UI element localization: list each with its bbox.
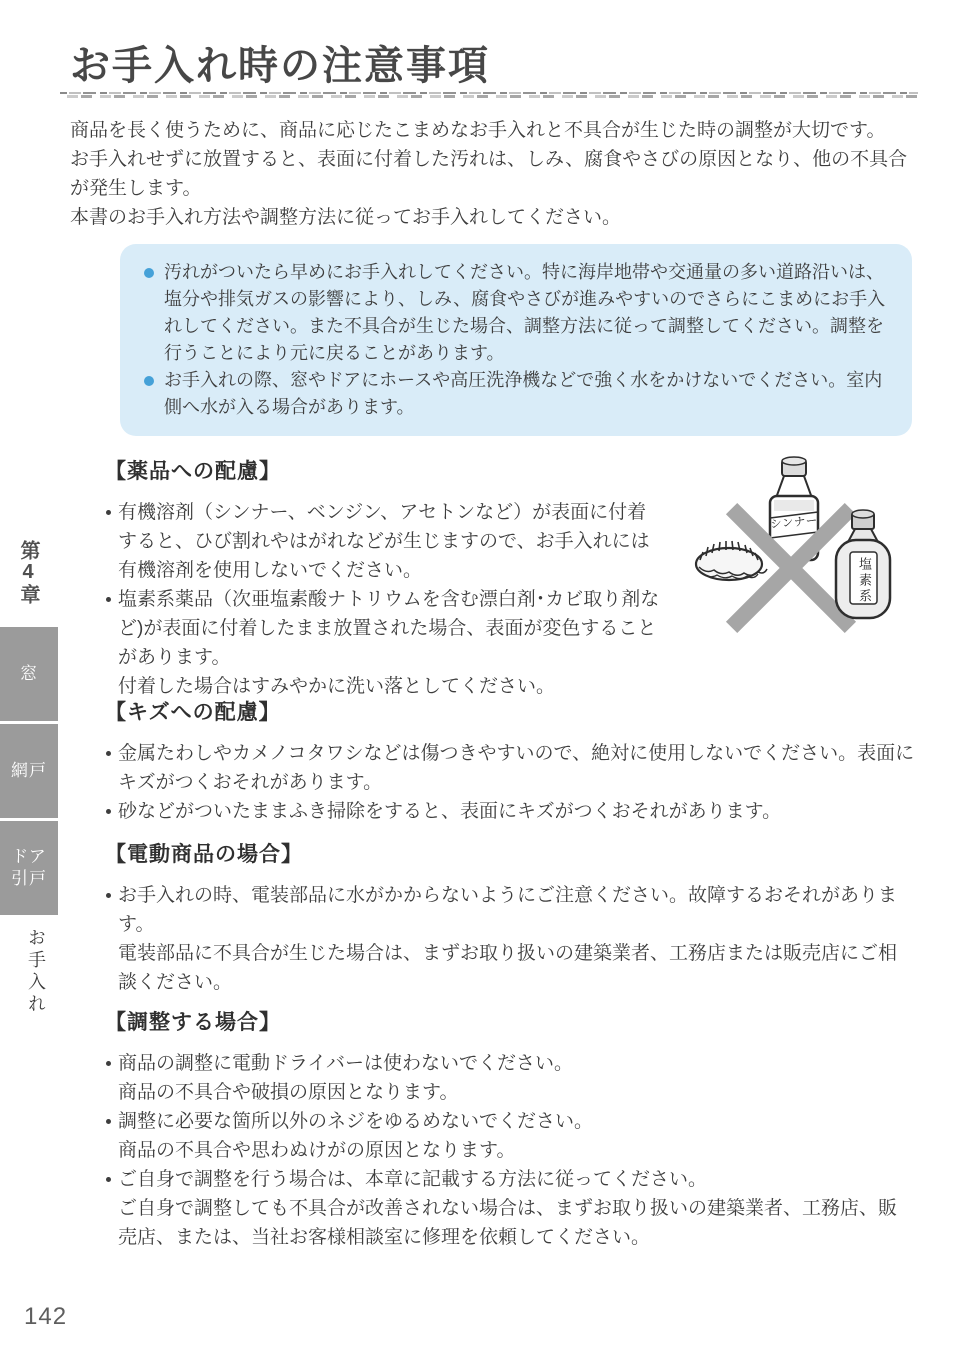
bullet-text: 金属たわしやカメノコタワシなどは傷つきやすいので、絶対に使用しないでください。表…: [118, 743, 914, 793]
bullet-marker-icon: [106, 809, 111, 814]
bullet-text: 砂などがついたままふき掃除をすると、表面にキズがつくおそれがあります。: [118, 801, 781, 822]
bullet-item: 塩素系薬品（次亜塩素酸ナトリウムを含む漂白剤･カビ取り剤など)が表面に付着したま…: [105, 585, 665, 672]
scrub-brush-icon: [696, 541, 767, 580]
section-heading: 【電動商品の場合】: [105, 838, 915, 868]
illustration-canvas: [672, 450, 934, 672]
title-underline-rule: [60, 92, 918, 98]
bullet-text: 調整に必要な箇所以外のネジをゆるめないでください。: [118, 1111, 593, 1132]
bullet-marker-icon: [106, 1061, 111, 1066]
bullet-marker-icon: [106, 510, 111, 515]
note-line: ご自身で調整しても不具合が改善されない場合は、まずお取り扱いの建築業者、工務店、…: [105, 1194, 915, 1252]
chapter-label: 第4章: [16, 540, 40, 612]
intro-text: 商品を長く使うために、商品に応じたこまめなお手入れと不具合が生じた時の調整が大切…: [70, 116, 915, 232]
bullet-dot-icon: [144, 268, 154, 278]
notice-item: お手入れの際、窓やドアにホースや高圧洗浄機などで強く水をかけないでください。室内…: [142, 367, 892, 421]
tab-label: 引戸: [11, 868, 47, 890]
notice-item: 汚れがついたら早めにお手入れしてください。特に海岸地帯や交通量の多い道路沿いは、…: [142, 259, 892, 367]
bullet-marker-icon: [106, 893, 111, 898]
bullet-item: 商品の調整に電動ドライバーは使わないでください。: [105, 1049, 915, 1078]
note-line: 商品の不具合や破損の原因となります。: [105, 1078, 915, 1107]
bullet-text: 商品の調整に電動ドライバーは使わないでください。: [118, 1053, 573, 1074]
bullet-marker-icon: [106, 597, 111, 602]
bullet-marker-icon: [106, 1177, 111, 1182]
section-adjust: 【調整する場合】 商品の調整に電動ドライバーは使わないでください。 商品の不具合…: [105, 1006, 915, 1252]
illustration-no-chemicals: シンナー 塩素系: [672, 450, 934, 672]
sidebar-tab-window: 窓: [0, 627, 58, 721]
note-line: 電装部品に不具合が生じた場合は、まずお取り扱いの建築業者、工務店または販売店にご…: [105, 939, 915, 997]
section-electric: 【電動商品の場合】 お手入れの時、電装部品に水がかからないようにご注意ください。…: [105, 838, 915, 997]
bullet-item: お手入れの時、電装部品に水がかからないようにご注意ください。故障するおそれがあり…: [105, 881, 915, 939]
bullet-text: 有機溶剤（シンナー、ベンジン、アセトンなど）が表面に付着すると、ひび割れやはがれ…: [118, 502, 650, 581]
bullet-dot-icon: [144, 376, 154, 386]
notice-text: お手入れの際、窓やドアにホースや高圧洗浄機などで強く水をかけないでください。室内…: [164, 370, 882, 417]
tab-label: 網戸: [11, 760, 47, 782]
bullet-text: お手入れの時、電装部品に水がかからないようにご注意ください。故障するおそれがあり…: [118, 885, 897, 935]
notice-box: 汚れがついたら早めにお手入れしてください。特に海岸地帯や交通量の多い道路沿いは、…: [120, 244, 912, 436]
page-title: お手入れ時の注意事項: [70, 34, 490, 91]
page-number: 142: [24, 1303, 67, 1331]
note-line: 商品の不具合や思わぬけがの原因となります。: [105, 1136, 915, 1165]
sidebar-tab-screen: 網戸: [0, 724, 58, 818]
intro-paragraph: お手入れせずに放置すると、表面に付着した汚れは、しみ、腐食やさびの原因となり、他…: [70, 145, 915, 203]
sidebar-tab-door: ドア 引戸: [0, 821, 58, 915]
section-heading: 【調整する場合】: [105, 1006, 915, 1036]
intro-paragraph: 商品を長く使うために、商品に応じたこまめなお手入れと不具合が生じた時の調整が大切…: [70, 116, 915, 145]
section-heading: 【キズへの配慮】: [105, 696, 915, 726]
bullet-item: 金属たわしやカメノコタワシなどは傷つきやすいので、絶対に使用しないでください。表…: [105, 739, 915, 797]
bullet-text: ご自身で調整を行う場合は、本章に記載する方法に従ってください。: [118, 1169, 707, 1190]
section-scratch: 【キズへの配慮】 金属たわしやカメノコタワシなどは傷つきやすいので、絶対に使用し…: [105, 696, 915, 826]
bullet-item: 調整に必要な箇所以外のネジをゆるめないでください。: [105, 1107, 915, 1136]
chlorine-bottle-label: 塩素系: [853, 557, 875, 605]
bullet-item: 有機溶剤（シンナー、ベンジン、アセトンなど）が表面に付着すると、ひび割れやはがれ…: [105, 498, 665, 585]
bullet-item: 砂などがついたままふき掃除をすると、表面にキズがつくおそれがあります。: [105, 797, 915, 826]
bullet-text: 塩素系薬品（次亜塩素酸ナトリウムを含む漂白剤･カビ取り剤など)が表面に付着したま…: [118, 589, 659, 668]
bullet-item: ご自身で調整を行う場合は、本章に記載する方法に従ってください。: [105, 1165, 915, 1194]
bullet-marker-icon: [106, 751, 111, 756]
notice-text: 汚れがついたら早めにお手入れしてください。特に海岸地帯や交通量の多い道路沿いは、…: [164, 262, 885, 363]
sidebar-care-label: お手入れ: [26, 928, 46, 1028]
tab-label: 窓: [20, 663, 38, 685]
bullet-marker-icon: [106, 1119, 111, 1124]
tab-label: ドア: [11, 846, 47, 868]
intro-paragraph: 本書のお手入れ方法や調整方法に従ってお手入れしてください。: [70, 203, 915, 232]
